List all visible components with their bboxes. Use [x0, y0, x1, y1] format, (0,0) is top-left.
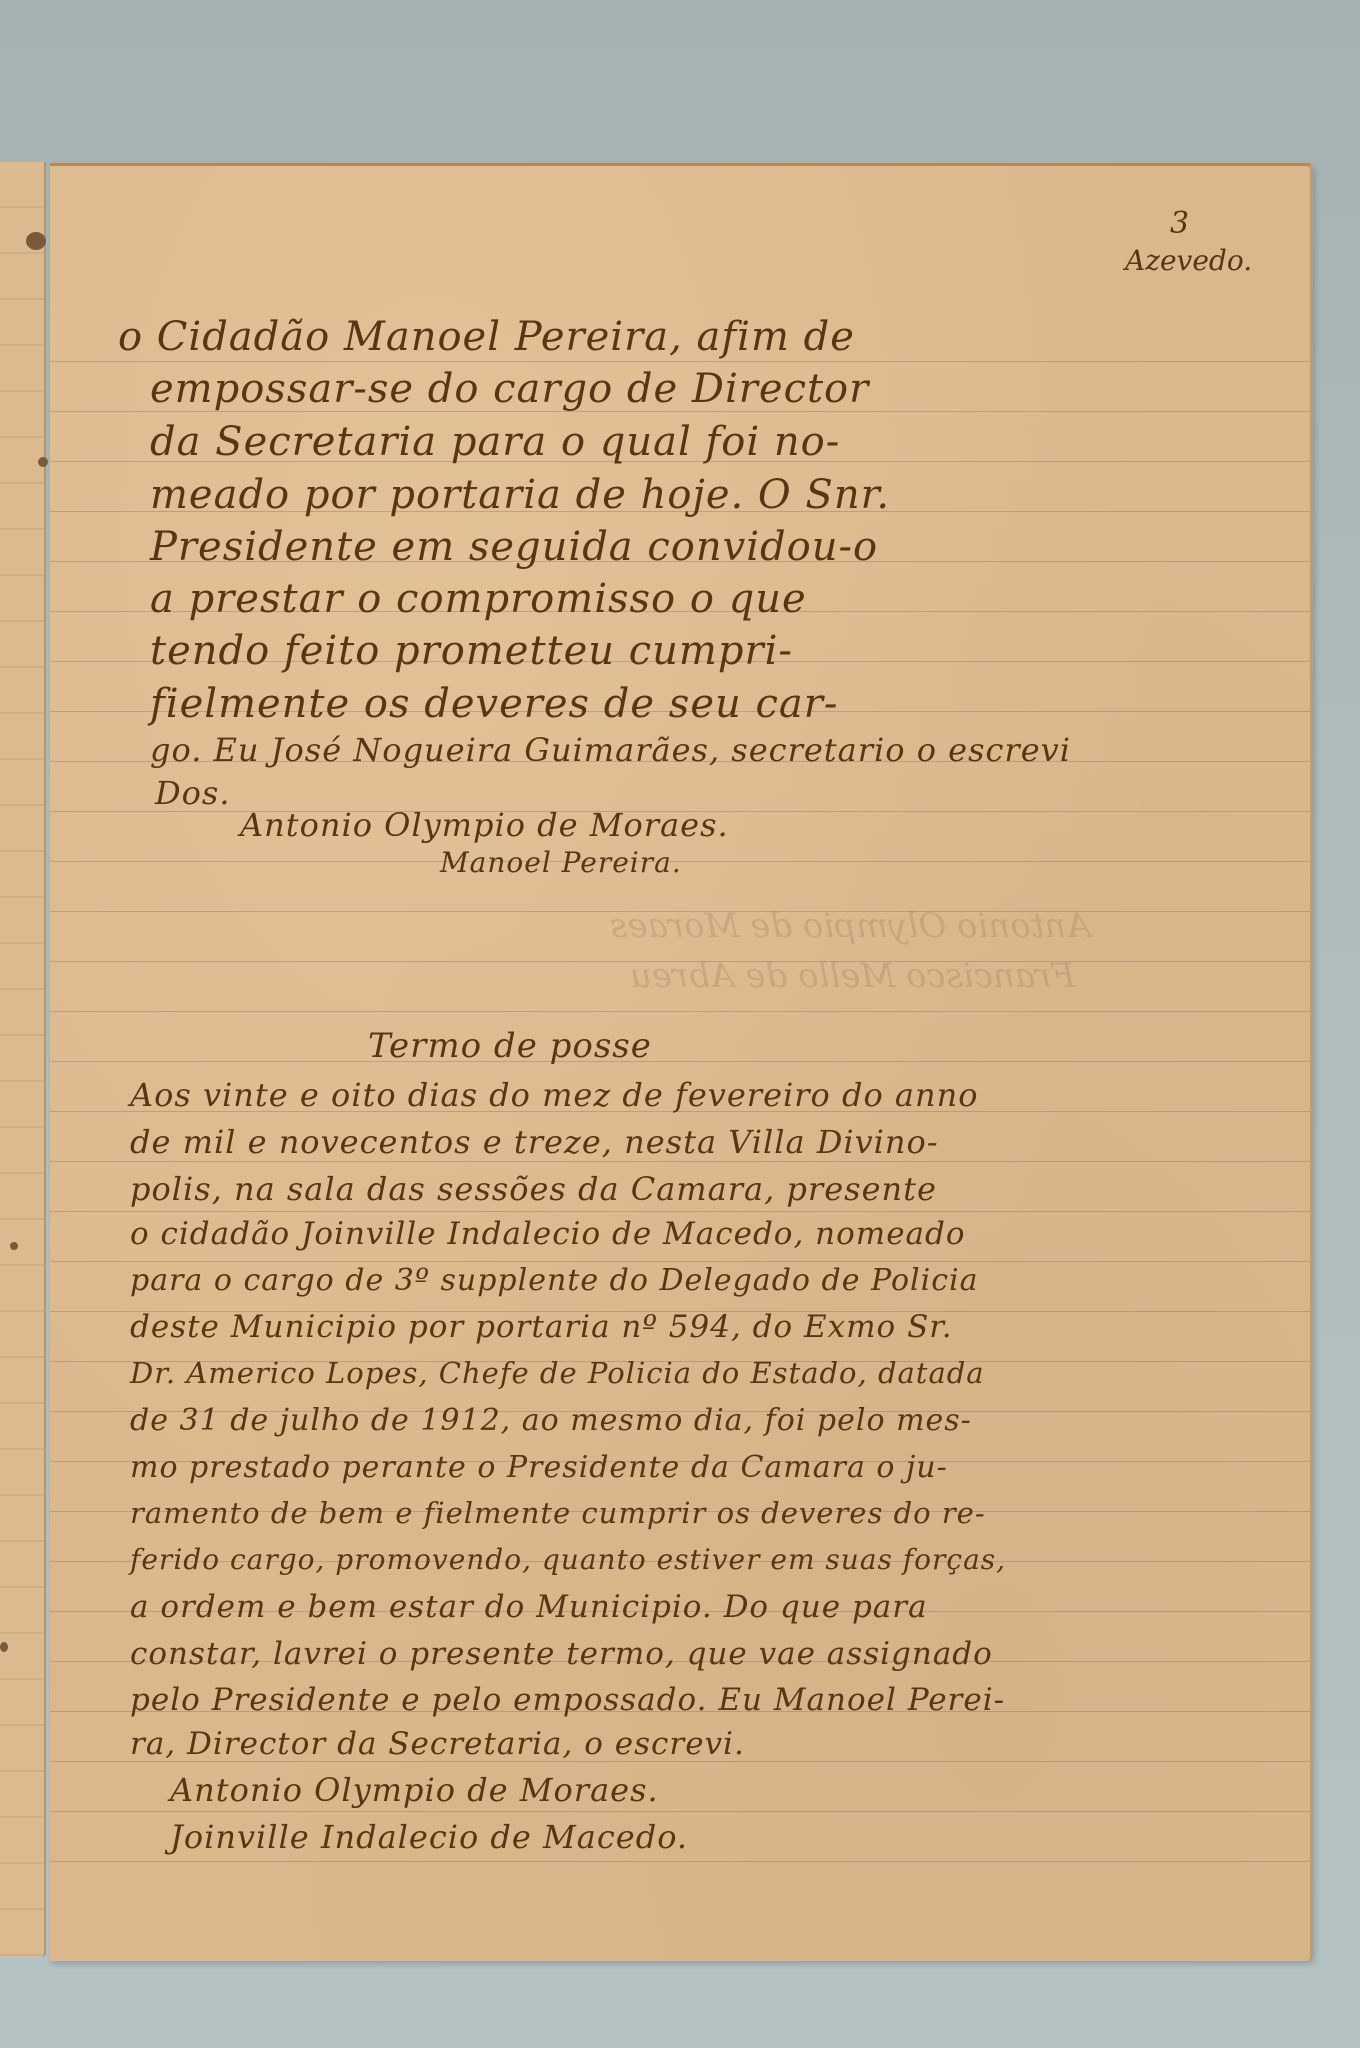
- binding-hole: [38, 457, 48, 467]
- ledger-page: 3 Azevedo. Antonio Olympio de Moraes Fra…: [50, 163, 1313, 1961]
- text-line: tendo feito prometteu cumpri-: [150, 628, 793, 674]
- entry-title: Termo de posse: [368, 1026, 652, 1066]
- text-line: a prestar o compromisso o que: [150, 576, 807, 622]
- text-line: go. Eu José Nogueira Guimarães, secretar…: [150, 731, 1071, 769]
- signature-antonio-olympio: Antonio Olympio de Moraes.: [170, 1771, 659, 1809]
- bleed-through-text: Antonio Olympio de Moraes: [610, 906, 1091, 946]
- text-line: fielmente os deveres de seu car-: [150, 681, 838, 727]
- margin-mark: Azevedo.: [1125, 244, 1252, 277]
- text-line: mo prestado perante o Presidente da Cama…: [130, 1450, 948, 1485]
- binding-hole: [26, 232, 46, 250]
- text-line: o cidadão Joinville Indalecio de Macedo,…: [130, 1216, 966, 1252]
- bleed-through-text: Francisco Mello de Abreu: [630, 956, 1075, 996]
- text-line: a ordem e bem estar do Municipio. Do que…: [130, 1589, 928, 1625]
- text-line: da Secretaria para o qual foi no-: [150, 419, 840, 465]
- text-line: Aos vinte e oito dias do mez de fevereir…: [130, 1076, 978, 1114]
- signature-joinville-macedo: Joinville Indalecio de Macedo.: [170, 1818, 688, 1856]
- text-line: pelo Presidente e pelo empossado. Eu Man…: [130, 1682, 1005, 1718]
- text-line: o Cidadão Manoel Pereira, afim de: [118, 314, 855, 360]
- left-facing-page-edge: [0, 162, 46, 1957]
- text-line: Dr. Americo Lopes, Chefe de Policia do E…: [130, 1356, 985, 1390]
- page-number: 3: [1170, 206, 1189, 241]
- text-line: Dos.: [155, 774, 231, 812]
- text-line: empossar-se do cargo de Director: [150, 366, 869, 412]
- binding-hole: [10, 1242, 18, 1250]
- text-line: para o cargo de 3º supplente do Delegado…: [130, 1263, 979, 1298]
- text-line: Presidente em seguida convidou-o: [150, 524, 878, 570]
- signature-antonio-olympio: Antonio Olympio de Moraes.: [240, 806, 729, 844]
- signature-manoel-pereira: Manoel Pereira.: [440, 846, 682, 879]
- text-line: deste Municipio por portaria nº 594, do …: [130, 1309, 953, 1345]
- text-line: ra, Director da Secretaria, o escrevi.: [130, 1726, 745, 1762]
- text-line: ramento de bem e fielmente cumprir os de…: [130, 1496, 986, 1530]
- text-line: meado por portaria de hoje. O Snr.: [150, 472, 890, 518]
- text-line: de 31 de julho de 1912, ao mesmo dia, fo…: [130, 1403, 972, 1438]
- binding-hole: [0, 1642, 8, 1652]
- text-line: constar, lavrei o presente termo, que va…: [130, 1636, 993, 1672]
- text-line: de mil e novecentos e treze, nesta Villa…: [130, 1123, 939, 1161]
- text-line: ferido cargo, promovendo, quanto estiver…: [130, 1543, 1006, 1576]
- text-line: polis, na sala das sessões da Camara, pr…: [130, 1170, 937, 1208]
